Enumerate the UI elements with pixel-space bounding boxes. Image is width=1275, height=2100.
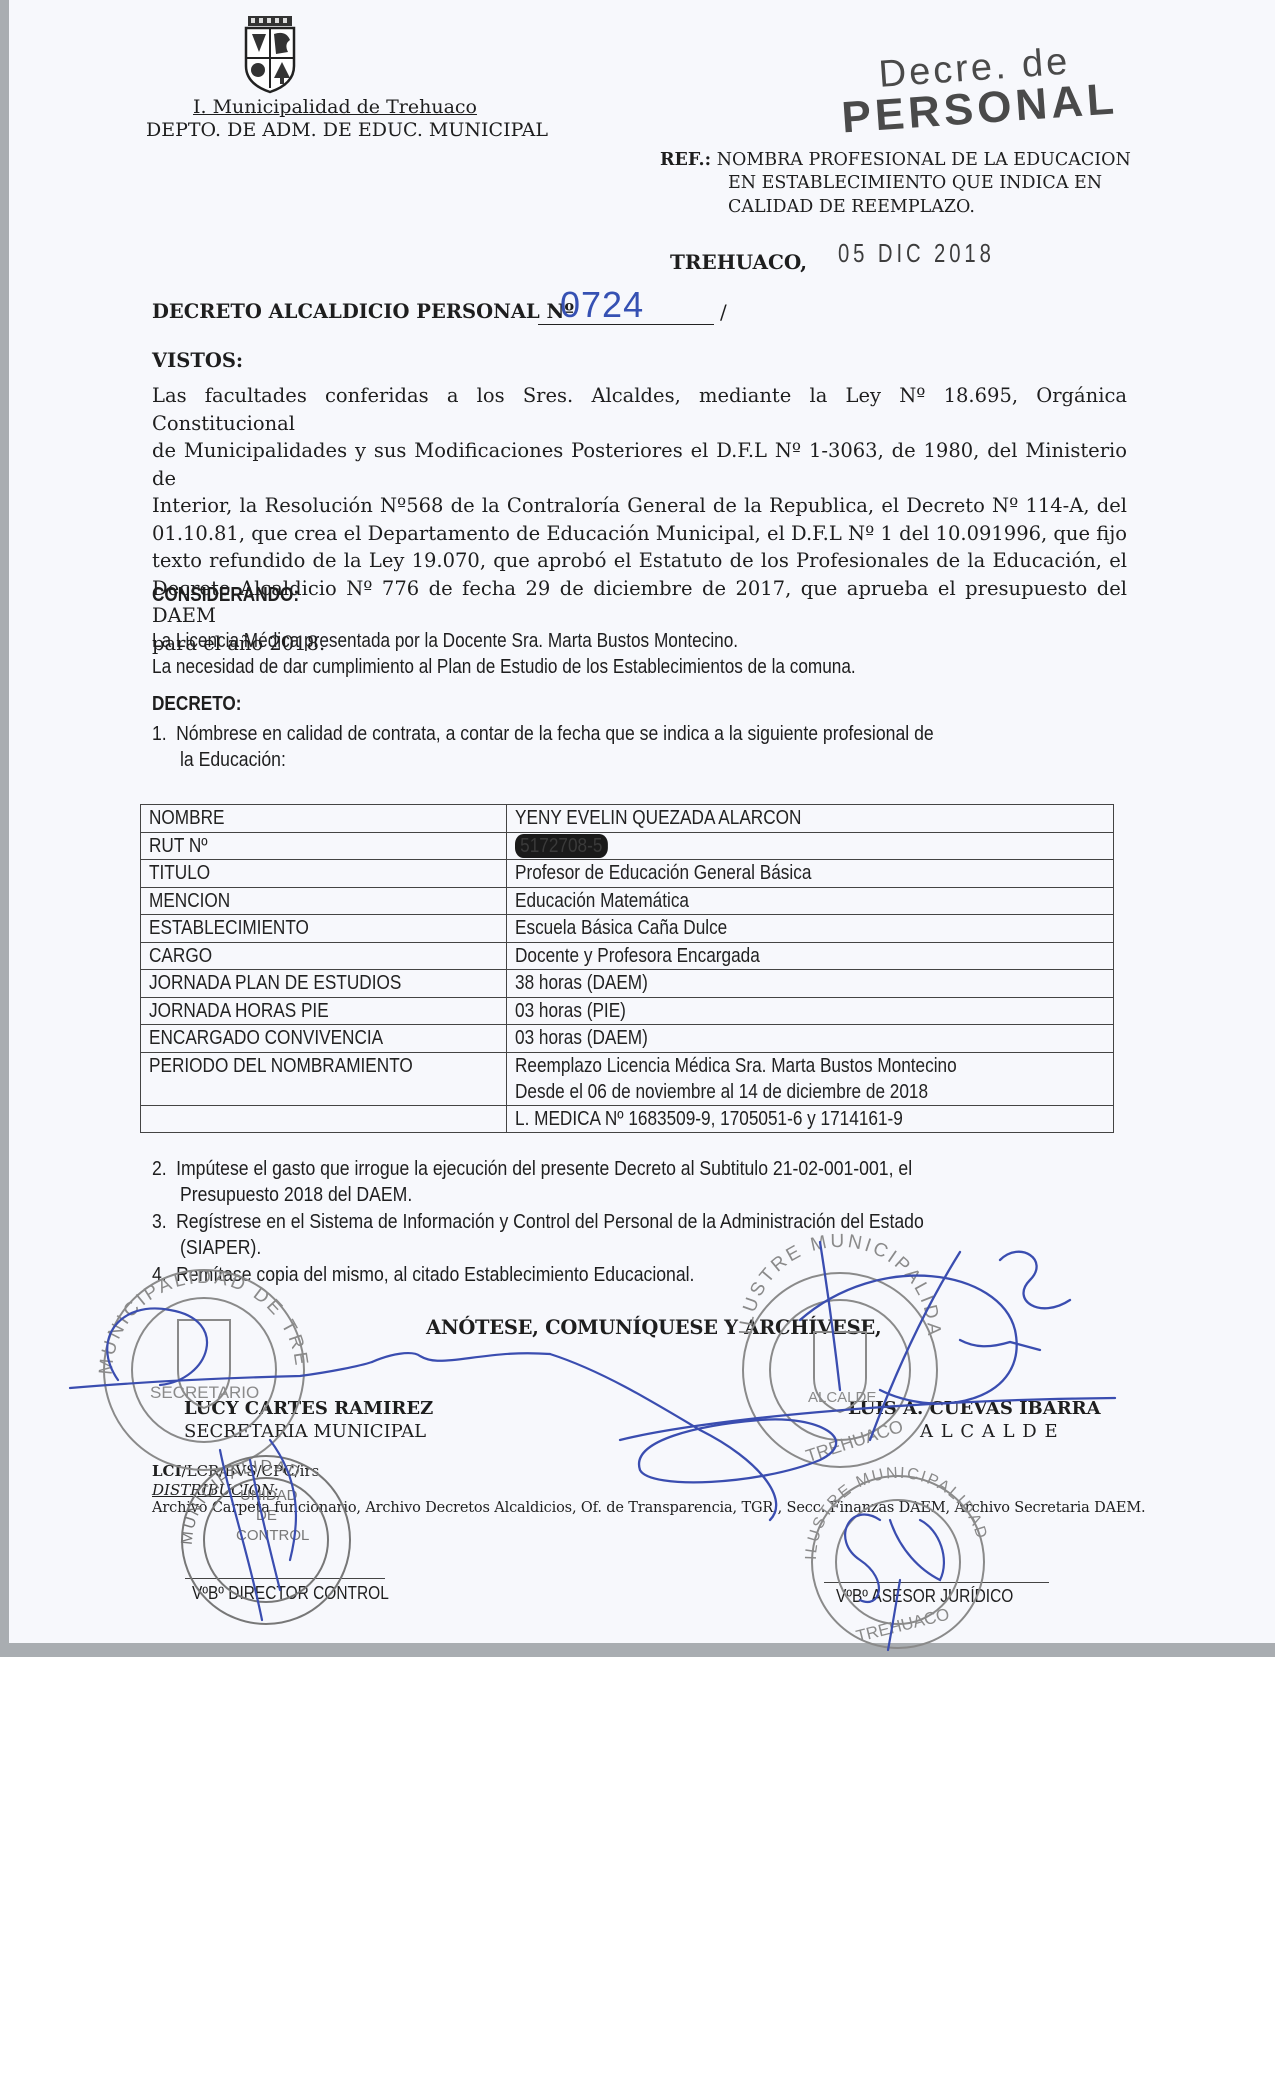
table-value-cell: Docente y Profesora Encargada (507, 942, 1114, 970)
table-key: PERIODO DEL NOMBRAMIENTO (149, 1053, 413, 1079)
table-value-cell: Escuela Básica Caña Dulce (507, 915, 1114, 943)
item-number: 2. (152, 1157, 176, 1181)
table-row: JORNADA HORAS PIE03 horas (PIE) (141, 997, 1114, 1025)
decree-number: 0724 (560, 284, 644, 326)
table-value: YENY EVELIN QUEZADA ALARCON (515, 805, 801, 831)
table-key: RUT Nº (149, 833, 208, 859)
item-number: 4. (152, 1263, 176, 1287)
initials-rest: /LCR/BVS/CPC/irs (182, 1462, 320, 1480)
department-name: DEPTO. DE ADM. DE EDUC. MUNICIPAL (146, 119, 548, 141)
table-key-cell: JORNADA PLAN DE ESTUDIOS (141, 970, 507, 998)
item-text-cont: (SIAPER). (180, 1236, 261, 1260)
table-key-cell: ENCARGADO CONVIVENCIA (141, 1025, 507, 1053)
table-value: Desde el 06 de noviembre al 14 de diciem… (515, 1079, 928, 1105)
table-row: JORNADA PLAN DE ESTUDIOS38 horas (DAEM) (141, 970, 1114, 998)
vb-director-control: VºBº DIRECTOR CONTROL (192, 1583, 389, 1604)
decree-title: DECRETO ALCALDICIO PERSONAL Nº (152, 300, 574, 323)
table-row: ENCARGADO CONVIVENCIA03 horas (DAEM) (141, 1025, 1114, 1053)
table-key-cell: PERIODO DEL NOMBRAMIENTO (141, 1052, 507, 1105)
table-value-cell: 38 horas (DAEM) (507, 970, 1114, 998)
decree-number-field: 0724 (538, 290, 714, 325)
decree-personal-stamp: Decre. de PERSONAL (837, 38, 1119, 139)
table-row: L. MEDICA Nº 1683509-9, 1705051-6 y 1714… (141, 1105, 1114, 1133)
distribution-heading: DISTRIBUCION: (152, 1481, 278, 1499)
table-value: Reemplazo Licencia Médica Sra. Marta Bus… (515, 1053, 957, 1079)
table-key: MENCION (149, 888, 230, 914)
table-value-cell: 03 horas (PIE) (507, 997, 1114, 1025)
table-key-cell: TITULO (141, 860, 507, 888)
table-key: CARGO (149, 943, 212, 969)
table-value: Escuela Básica Caña Dulce (515, 915, 727, 941)
table-row: PERIODO DEL NOMBRAMIENTOReemplazo Licenc… (141, 1052, 1114, 1105)
table-value: Docente y Profesora Encargada (515, 943, 760, 969)
reference: REF.: NOMBRA PROFESIONAL DE LA EDUCACION (660, 148, 1131, 172)
vistos-heading: VISTOS: (152, 349, 243, 372)
ref-line: CALIDAD DE REEMPLAZO. (728, 197, 975, 217)
table-value-cell: Profesor de Educación General Básica (507, 860, 1114, 888)
considerando-line: La necesidad de dar cumplimiento al Plan… (152, 656, 856, 679)
signature-line (824, 1582, 1049, 1583)
initials-bold: LCI (152, 1462, 182, 1480)
item-number: 3. (152, 1210, 176, 1234)
table-key-cell: MENCION (141, 887, 507, 915)
table-value: 03 horas (PIE) (515, 998, 626, 1024)
date-stamp: 05 DIC 2018 (838, 238, 995, 269)
considerando-line: La Licencia Médica presentada por la Doc… (152, 630, 738, 653)
table-key-cell: CARGO (141, 942, 507, 970)
decree-slash: / (720, 300, 727, 324)
table-key: ESTABLECIMIENTO (149, 915, 309, 941)
table-value-cell: Reemplazo Licencia Médica Sra. Marta Bus… (507, 1052, 1114, 1105)
signature-line (185, 1578, 385, 1579)
table-key: ENCARGADO CONVIVENCIA (149, 1025, 383, 1051)
table-key-cell: RUT Nº (141, 832, 507, 860)
mayor-name: LUIS A. CUEVAS IBARRA (848, 1398, 1101, 1419)
initials: LCI/LCR/BVS/CPC/irs (152, 1462, 319, 1480)
item-text: Nómbrese en calidad de contrata, a conta… (176, 722, 934, 745)
item-number: 1. (152, 722, 176, 746)
distribution-list: Archivo Carpeta funcionario, Archivo Dec… (152, 1500, 1145, 1516)
municipality-name: I. Municipalidad de Trehuaco (193, 96, 477, 118)
item-text: Remítase copia del mismo, al citado Esta… (176, 1263, 694, 1286)
decreto-item-1: 1.Nómbrese en calidad de contrata, a con… (152, 722, 934, 746)
table-key: NOMBRE (149, 805, 225, 831)
table-key-cell: NOMBRE (141, 805, 507, 833)
table-key-cell: ESTABLECIMIENTO (141, 915, 507, 943)
vistos-line: de Municipalidades y sus Modificaciones … (152, 437, 1127, 492)
item-text: Regístrese en el Sistema de Información … (176, 1210, 924, 1233)
item-text-cont: la Educación: (180, 748, 286, 772)
table-value-cell: 03 horas (DAEM) (507, 1025, 1114, 1053)
decreto-item-4: 4.Remítase copia del mismo, al citado Es… (152, 1263, 694, 1287)
vistos-line: Interior, la Resolución Nº568 de la Cont… (152, 492, 1127, 520)
table-row: NOMBREYENY EVELIN QUEZADA ALARCON (141, 805, 1114, 833)
vistos-line: Las facultades conferidas a los Sres. Al… (152, 382, 1127, 437)
mayor-role: A L C A L D E (920, 1421, 1059, 1442)
table-value-cell: Educación Matemática (507, 887, 1114, 915)
table-row: MENCIONEducación Matemática (141, 887, 1114, 915)
item-text-cont: Presupuesto 2018 del DAEM. (180, 1183, 412, 1207)
vistos-line: 01.10.81, que crea el Departamento de Ed… (152, 520, 1127, 548)
closing-formula: ANÓTESE, COMUNÍQUESE Y ARCHÍVESE, (426, 1316, 881, 1339)
table-value-cell: L. MEDICA Nº 1683509-9, 1705051-6 y 1714… (507, 1105, 1114, 1133)
table-key: JORNADA HORAS PIE (149, 998, 329, 1024)
table-value: 38 horas (DAEM) (515, 970, 648, 996)
table-key: JORNADA PLAN DE ESTUDIOS (149, 970, 401, 996)
decreto-item-3: 3.Regístrese en el Sistema de Informació… (152, 1210, 924, 1234)
table-value-cell: YENY EVELIN QUEZADA ALARCON (507, 805, 1114, 833)
city-label: TREHUACO, (670, 250, 807, 274)
secretary-role: SECRETARIA MUNICIPAL (184, 1421, 426, 1442)
considerando-heading: CONSIDERANDO: (152, 584, 299, 607)
vb-asesor-juridico: VºBº ASESOR JURÍDICO (836, 1586, 1013, 1607)
ref-label: REF.: (660, 150, 711, 170)
table-key-cell: JORNADA HORAS PIE (141, 997, 507, 1025)
table-value: Profesor de Educación General Básica (515, 860, 811, 886)
table-row: CARGODocente y Profesora Encargada (141, 942, 1114, 970)
decreto-item-2: 2.Impútese el gasto que irrogue la ejecu… (152, 1157, 912, 1181)
secretary-name: LUCY CARTES RAMIREZ (184, 1398, 433, 1419)
municipal-crest-icon (238, 14, 302, 94)
decreto-heading: DECRETO: (152, 693, 242, 716)
table-row: ESTABLECIMIENTOEscuela Básica Caña Dulce (141, 915, 1114, 943)
appointee-info-table: NOMBREYENY EVELIN QUEZADA ALARCONRUT Nº5… (140, 804, 1114, 1133)
table-row: TITULOProfesor de Educación General Bási… (141, 860, 1114, 888)
vistos-line: texto refundido de la Ley 19.070, que ap… (152, 547, 1127, 575)
table-value: L. MEDICA Nº 1683509-9, 1705051-6 y 1714… (515, 1106, 903, 1132)
table-value: Educación Matemática (515, 888, 689, 914)
item-text: Impútese el gasto que irrogue la ejecuci… (176, 1157, 912, 1180)
table-key: TITULO (149, 860, 210, 886)
ref-line: EN ESTABLECIMIENTO QUE INDICA EN (728, 173, 1102, 193)
vistos-paragraph: Las facultades conferidas a los Sres. Al… (152, 382, 1127, 657)
table-row: RUT Nº5172708-5 (141, 832, 1114, 860)
table-key-cell (141, 1105, 507, 1133)
table-value: 03 horas (DAEM) (515, 1025, 648, 1051)
redacted-value: 5172708-5 (515, 834, 608, 858)
ref-line: NOMBRA PROFESIONAL DE LA EDUCACION (717, 150, 1131, 170)
table-value-cell: 5172708-5 (507, 832, 1114, 860)
